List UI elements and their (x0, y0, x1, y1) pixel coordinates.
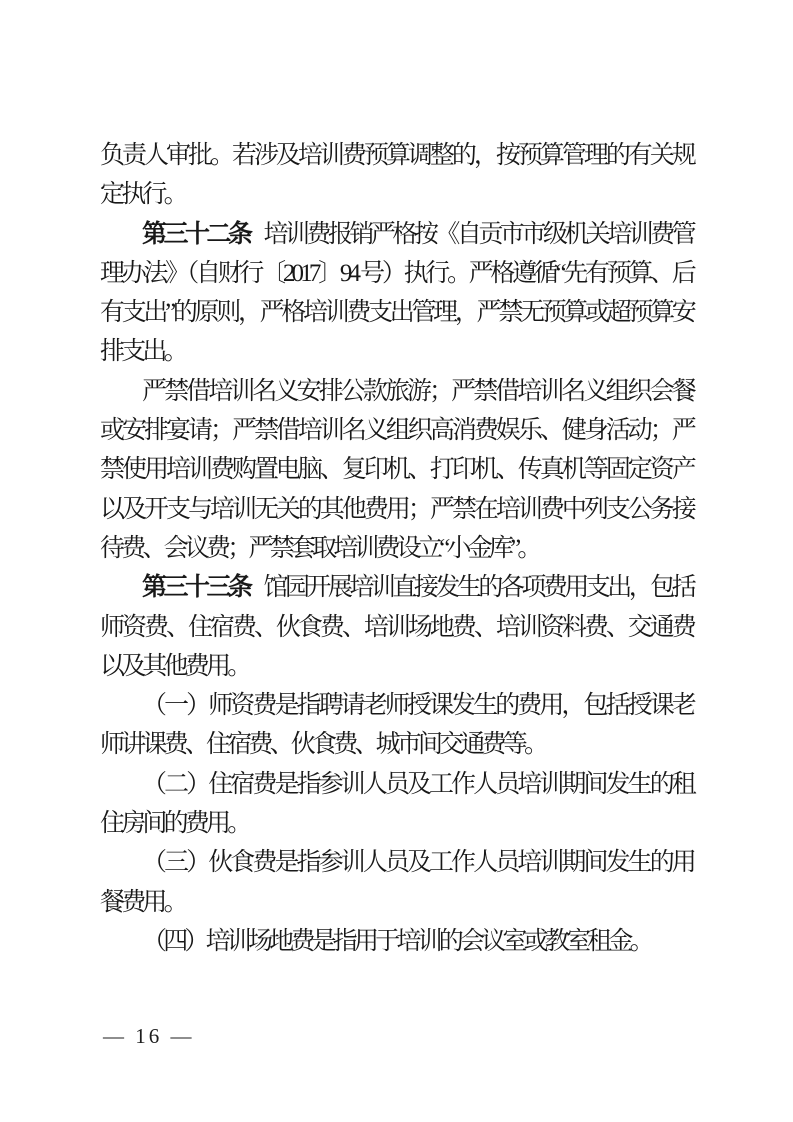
body-paragraph-continuation: 负责人审批。若涉及培训费预算调整的，按预算管理的有关规定执行。 (100, 136, 693, 215)
prohibitions-paragraph: 严禁借培训名义安排公款旅游；严禁借培训名义组织会餐或安排宴请；严禁借培训名义组织… (100, 372, 693, 568)
paragraph-text: （一）师资费是指聘请老师授课发生的费用，包括授课老师讲课费、住宿费、伙食费、城市… (100, 692, 693, 758)
paragraph-text: 严禁借培训名义安排公款旅游；严禁借培训名义组织会餐或安排宴请；严禁借培训名义组织… (100, 378, 693, 562)
item-2-paragraph: （二）住宿费是指参训人员及工作人员培训期间发生的租住房间的费用。 (100, 765, 693, 844)
paragraph-text: （四）培训场地费是指用于培训的会议室或教室租金。 (142, 928, 651, 955)
paragraph-text: 负责人审批。若涉及培训费预算调整的，按预算管理的有关规定执行。 (100, 142, 693, 208)
article-32-paragraph: 第三十二条培训费报销严格按《自贡市市级机关培训费管理办法》（自财行〔2017〕9… (100, 215, 693, 372)
paragraph-text: （二）住宿费是指参训人员及工作人员培训期间发生的租住房间的费用。 (100, 771, 693, 837)
item-1-paragraph: （一）师资费是指聘请老师授课发生的费用，包括授课老师讲课费、住宿费、伙食费、城市… (100, 686, 693, 765)
paragraph-text: （三）伙食费是指参训人员及工作人员培训期间发生的用餐费用。 (100, 849, 693, 915)
document-page: 负责人审批。若涉及培训费预算调整的，按预算管理的有关规定执行。 第三十二条培训费… (0, 0, 793, 1122)
article-33-paragraph: 第三十三条馆园开展培训直接发生的各项费用支出，包括师资费、住宿费、伙食费、培训场… (100, 568, 693, 686)
article-32-number: 第三十二条 (142, 221, 249, 248)
page-number: — 16 — (103, 1024, 195, 1049)
item-3-paragraph: （三）伙食费是指参训人员及工作人员培训期间发生的用餐费用。 (100, 843, 693, 922)
document-body: 负责人审批。若涉及培训费预算调整的，按预算管理的有关规定执行。 第三十二条培训费… (100, 136, 693, 961)
item-4-paragraph: （四）培训场地费是指用于培训的会议室或教室租金。 (100, 922, 693, 961)
article-33-number: 第三十三条 (142, 574, 249, 601)
